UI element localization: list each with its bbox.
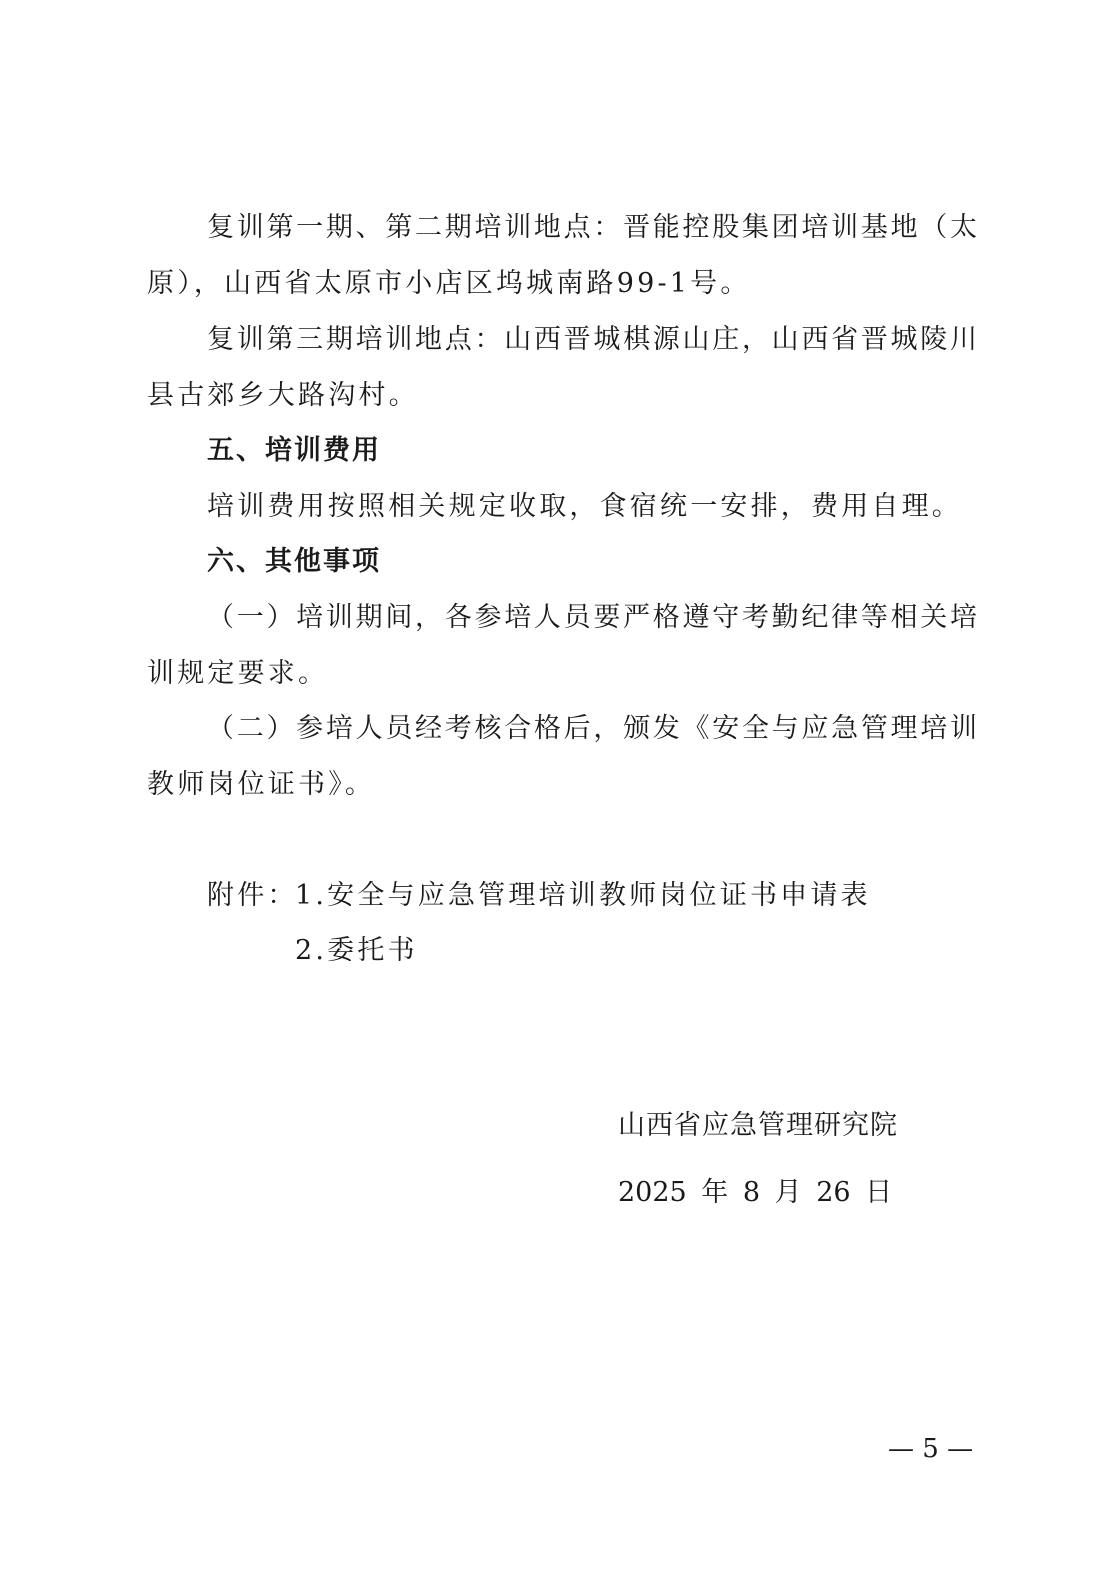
section-6-item-2-line-1: （二）参培人员经考核合格后，颁发《安全与应急管理培训 — [207, 713, 977, 745]
attachment-item-1: 1.安全与应急管理培训教师岗位证书申请表 — [295, 880, 871, 912]
attachment-item-2: 2.委托书 — [295, 935, 418, 967]
page-number: — 5 — — [888, 1434, 973, 1464]
paragraph-location-1-line-1: 复训第一期、第二期培训地点：晋能控股集团培训基地（太 — [207, 212, 977, 244]
section-6-item-1-line-2: 训规定要求。 — [147, 658, 328, 690]
signature-organization: 山西省应急管理研究院 — [618, 1110, 898, 1142]
attachments-label: 附件： — [207, 880, 298, 912]
section-6-heading: 六、其他事项 — [207, 546, 381, 578]
section-5-heading: 五、培训费用 — [207, 435, 381, 467]
section-5-body: 培训费用按照相关规定收取，食宿统一安排，费用自理。 — [207, 491, 962, 523]
section-6-item-2-line-2: 教师岗位证书》。 — [147, 769, 375, 801]
signature-date: 2025 年 8 月 26 日 — [618, 1177, 892, 1209]
paragraph-location-2-line-2: 县古郊乡大路沟村。 — [147, 380, 419, 412]
paragraph-location-2-line-1: 复训第三期培训地点：山西晋城棋源山庄，山西省晋城陵川 — [207, 324, 977, 356]
paragraph-location-1-line-2: 原），山西省太原市小店区坞城南路99-1号。 — [147, 268, 751, 300]
section-6-item-1-line-1: （一）培训期间，各参培人员要严格遵守考勤纪律等相关培 — [207, 602, 977, 634]
